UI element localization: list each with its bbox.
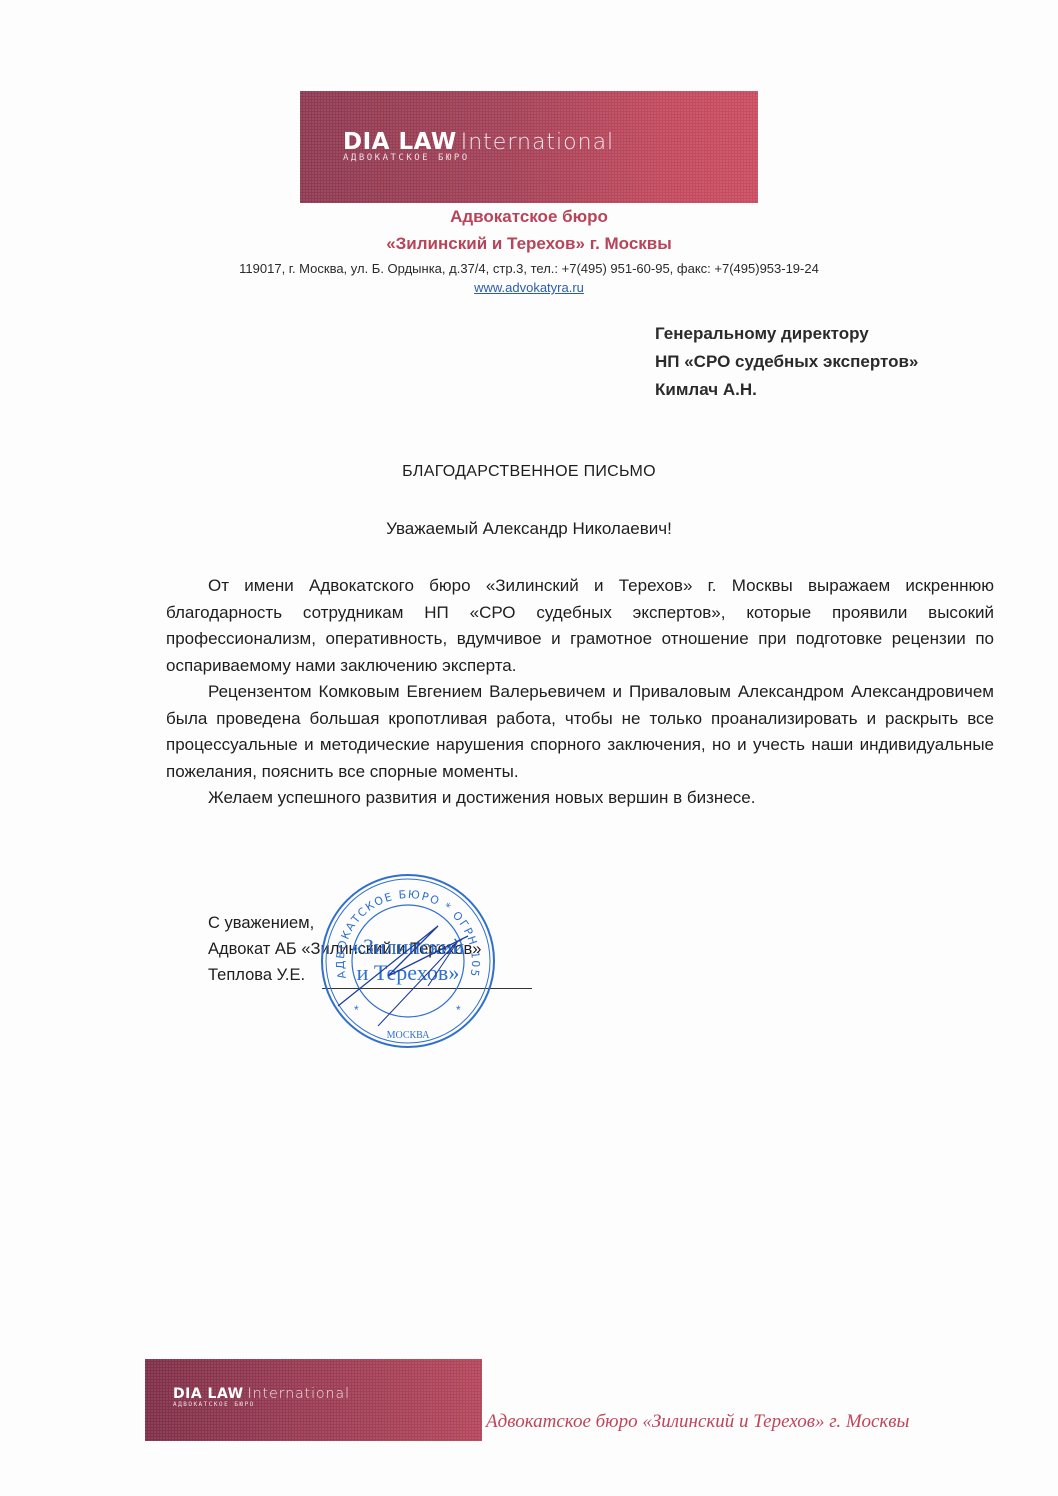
footer-logo: DIA LAWInternational АДВОКАТСКОЕ БЮРО xyxy=(173,1385,350,1408)
svg-text:*: * xyxy=(456,1003,461,1017)
org-address: 119017, г. Москва, ул. Б. Ордынка, д.37/… xyxy=(0,261,1058,276)
logo-main: DIA LAW xyxy=(343,129,457,155)
footer-logo-suffix: International xyxy=(248,1386,350,1402)
body-paragraph: От имени Адвокатского бюро «Зилинский и … xyxy=(166,573,994,679)
footer-org-name: Адвокатское бюро «Зилинский и Терехов» г… xyxy=(486,1411,909,1433)
logo-suffix: International xyxy=(461,130,614,155)
body-paragraph: Желаем успешного развития и достижения н… xyxy=(166,785,994,812)
footer-logo-subtitle: АДВОКАТСКОЕ БЮРО xyxy=(173,1401,350,1408)
letterhead-banner: DIA LAWInternational АДВОКАТСКОЕ БЮРО xyxy=(300,91,758,203)
recipient-line: Кимлач А.Н. xyxy=(655,376,918,404)
salutation: Уважаемый Александр Николаевич! xyxy=(0,519,1058,539)
svg-text:и Терехов»: и Терехов» xyxy=(357,960,460,985)
letter-body: От имени Адвокатского бюро «Зилинский и … xyxy=(166,573,994,812)
official-stamp-icon: АДВОКАТСКОЕ БЮРО * ОГРН 1057746699286 «З… xyxy=(318,866,498,1052)
body-paragraph: Рецензентом Комковым Евгением Валерьевич… xyxy=(166,679,994,785)
svg-text:МОСКВА: МОСКВА xyxy=(387,1030,431,1041)
svg-text:*: * xyxy=(354,1003,359,1017)
recipient-line: Генеральному директору xyxy=(655,320,918,348)
org-name-line1: Адвокатское бюро xyxy=(0,207,1058,227)
website-link[interactable]: www.advokatyra.ru xyxy=(0,280,1058,295)
org-name-line2: «Зилинский и Терехов» г. Москвы xyxy=(0,234,1058,254)
recipient-block: Генеральному директору НП «СРО судебных … xyxy=(655,320,918,404)
footer-banner: DIA LAWInternational АДВОКАТСКОЕ БЮРО xyxy=(145,1359,482,1441)
letter-title: БЛАГОДАРСТВЕННОЕ ПИСЬМО xyxy=(0,463,1058,481)
footer-logo-main: DIA LAW xyxy=(173,1386,244,1402)
company-logo: DIA LAWInternational АДВОКАТСКОЕ БЮРО xyxy=(343,129,614,163)
recipient-line: НП «СРО судебных экспертов» xyxy=(655,348,918,376)
